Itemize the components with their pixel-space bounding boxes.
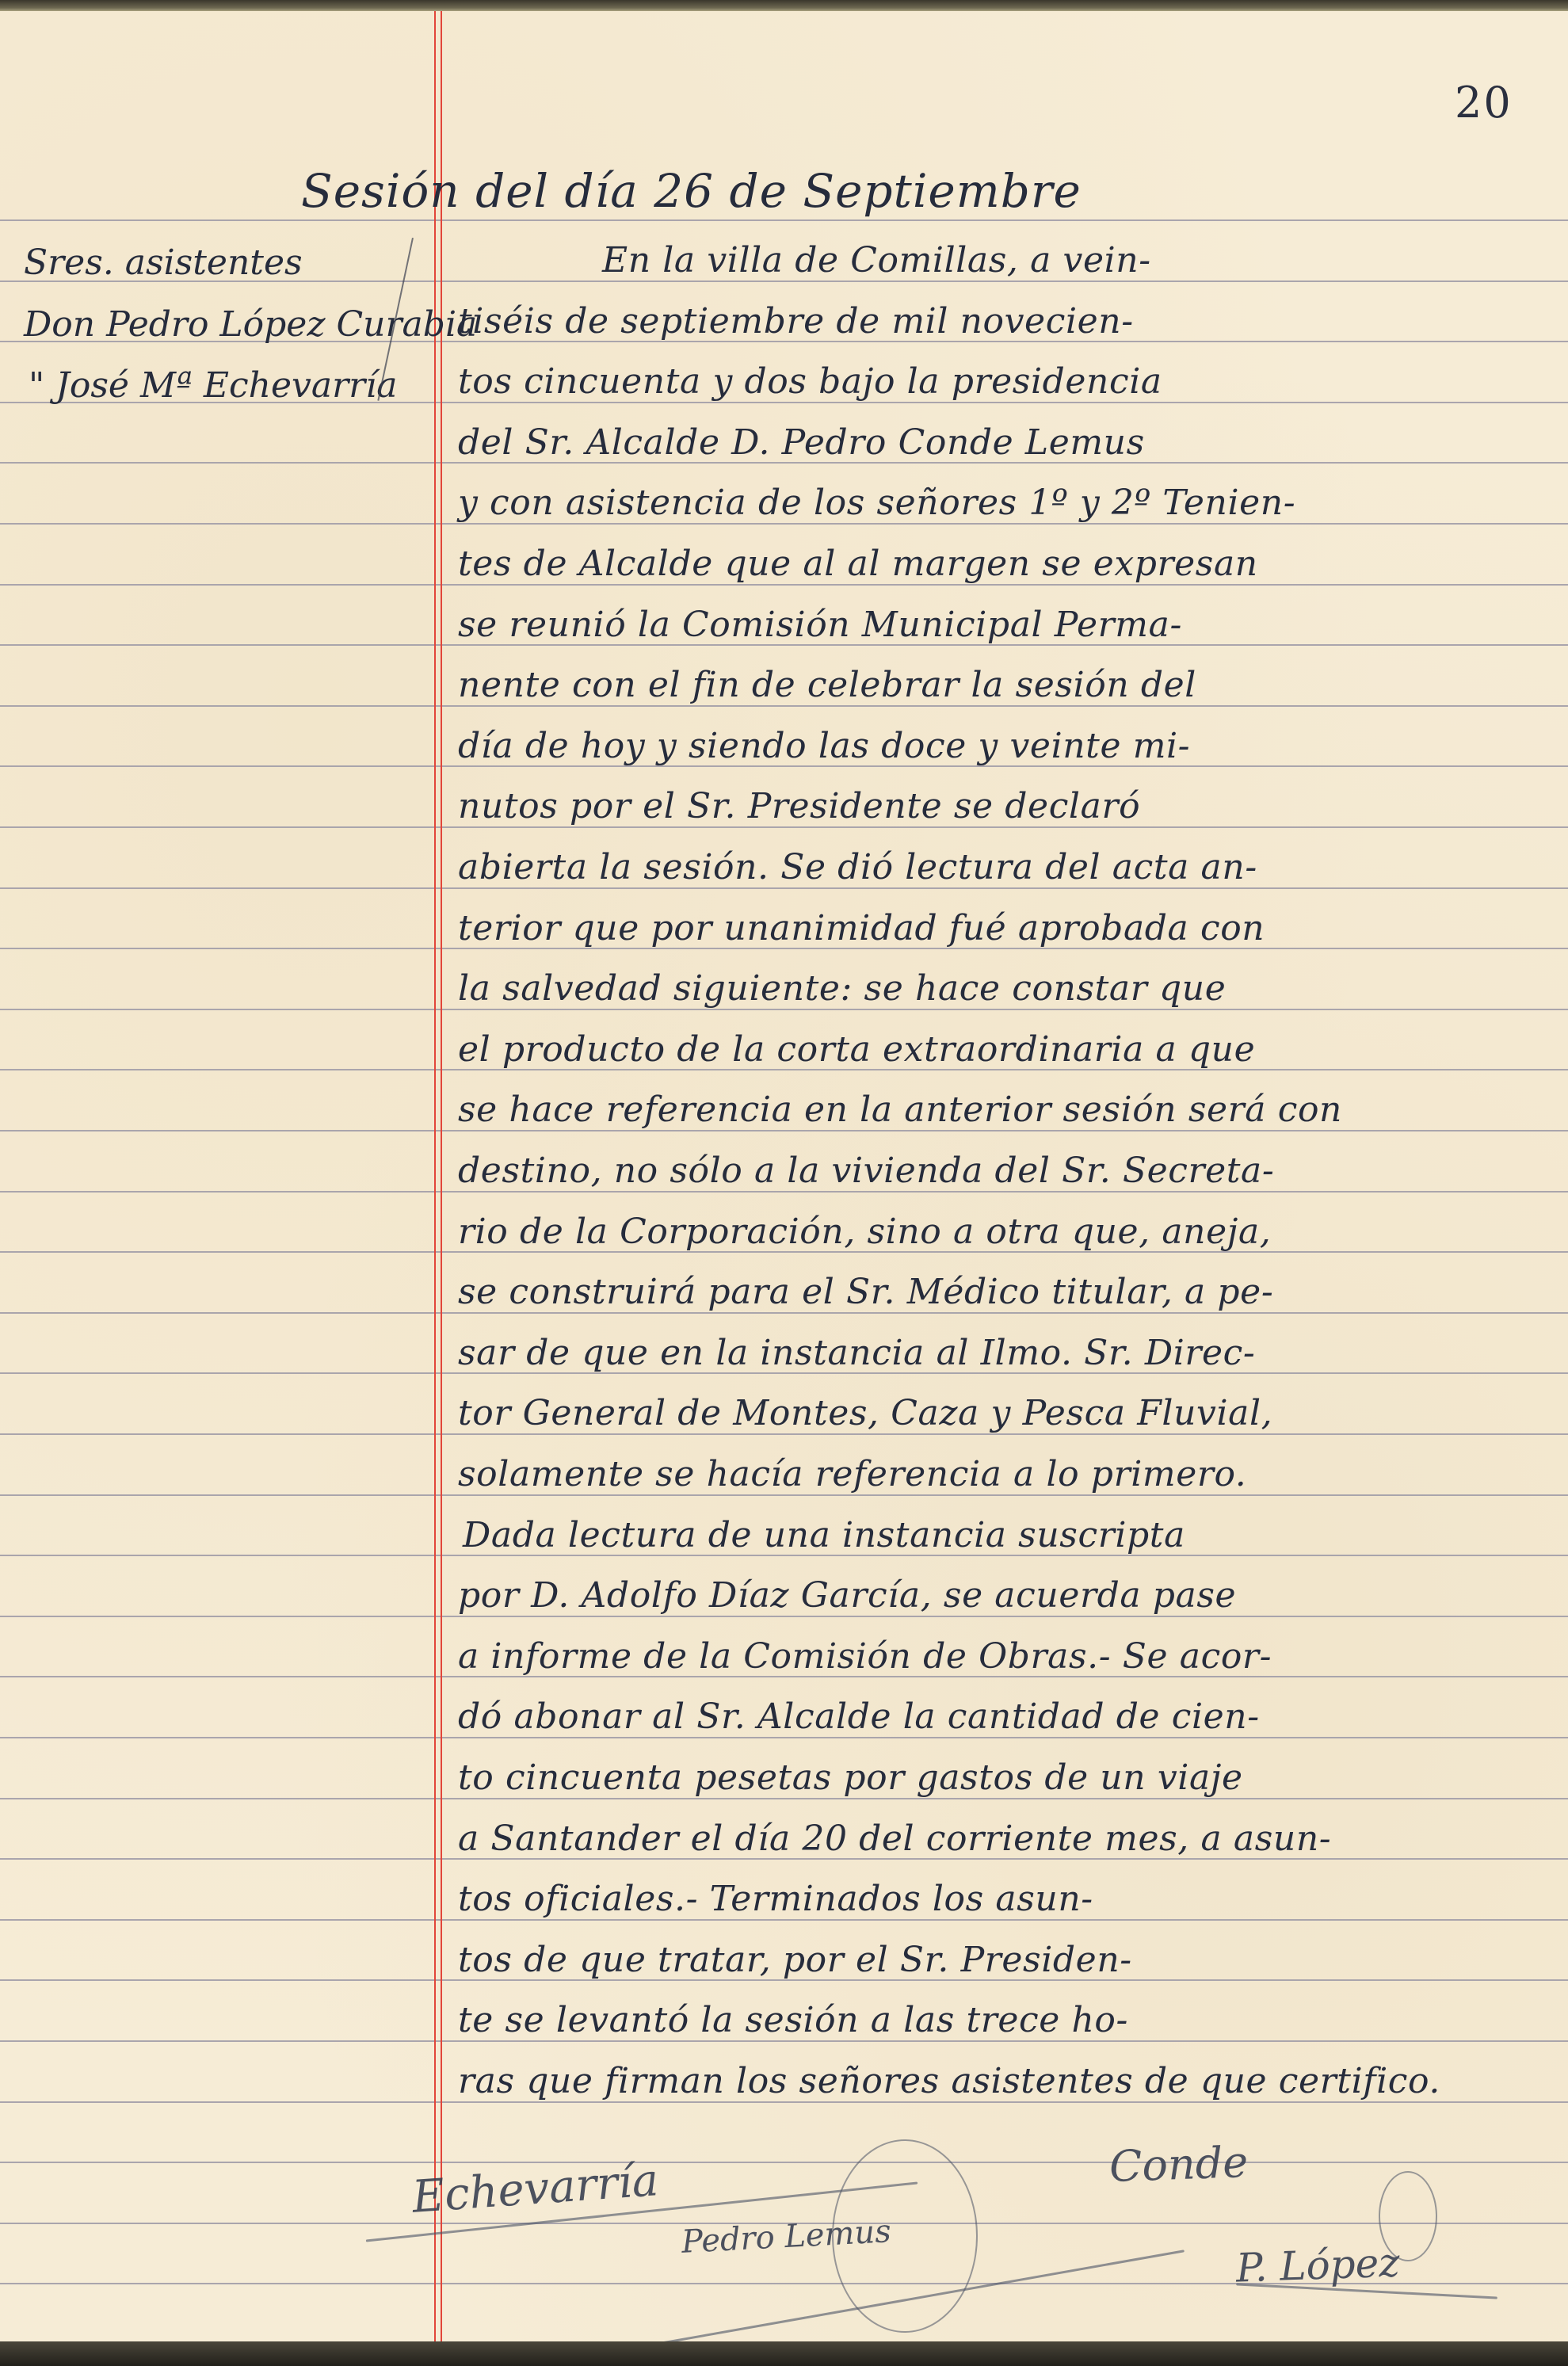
- ruled-line: [0, 2162, 1568, 2163]
- minutes-line: ras que firman los señores asistentes de…: [458, 2064, 1440, 2099]
- ledger-page: 20 Sesión del día 26 de Septiembre Sres.…: [0, 0, 1568, 2366]
- ruled-line: [0, 1009, 1568, 1010]
- minutes-line: tiséis de septiembre de mil novecien-: [458, 304, 1134, 339]
- minutes-line: a informe de la Comisión de Obras.- Se a…: [458, 1639, 1272, 1674]
- page-bottom-edge: [0, 2341, 1568, 2366]
- page-top-edge: [0, 0, 1568, 11]
- ruled-line: [0, 887, 1568, 889]
- minutes-line: tes de Alcalde que al al margen se expre…: [458, 547, 1258, 582]
- minutes-line: dó abonar al Sr. Alcalde la cantidad de …: [458, 1700, 1260, 1734]
- minutes-line: solamente se hacía referencia a lo prime…: [458, 1457, 1246, 1492]
- ruled-line: [0, 1919, 1568, 1921]
- minutes-line: abierta la sesión. Se dió lectura del ac…: [458, 850, 1257, 885]
- minutes-line: del Sr. Alcalde D. Pedro Conde Lemus: [458, 425, 1145, 460]
- minutes-line: y con asistencia de los señores 1º y 2º …: [458, 486, 1295, 521]
- minutes-line: día de hoy y siendo las doce y veinte mi…: [458, 729, 1190, 764]
- minutes-line: En la villa de Comillas, a vein-: [602, 243, 1151, 278]
- session-title: Sesión del día 26 de Septiembre: [301, 168, 1082, 214]
- signature-flourish: [832, 2139, 978, 2333]
- minutes-line: tos de que tratar, por el Sr. Presiden-: [458, 1943, 1132, 1978]
- ruled-line: [0, 1433, 1568, 1435]
- ruled-line: [0, 1130, 1568, 1131]
- minutes-line: nutos por el Sr. Presidente se declaró: [458, 789, 1140, 824]
- minutes-line: sar de que en la instancia al Ilmo. Sr. …: [458, 1336, 1255, 1371]
- ruled-line: [0, 523, 1568, 525]
- ruled-line: [0, 1616, 1568, 1617]
- ruled-line: [0, 2040, 1568, 2042]
- attendees-heading: Sres. asistentes: [24, 246, 303, 280]
- minutes-line: se hace referencia en la anterior sesión…: [458, 1093, 1342, 1128]
- minutes-line: se construirá para el Sr. Médico titular…: [458, 1275, 1273, 1310]
- minutes-line: te se levantó la sesión a las trece ho-: [458, 2003, 1128, 2038]
- signature-2: Conde: [1108, 2137, 1249, 2192]
- minutes-line: el producto de la corta extraordinaria a…: [458, 1032, 1255, 1067]
- page-number: 20: [1455, 78, 1513, 128]
- minutes-line: to cincuenta pesetas por gastos de un vi…: [458, 1761, 1243, 1795]
- ruled-line: [0, 1191, 1568, 1193]
- ruled-line: [0, 705, 1568, 707]
- minutes-line: tor General de Montes, Caza y Pesca Fluv…: [458, 1396, 1272, 1431]
- ruled-line: [0, 2101, 1568, 2103]
- margin-line-right: [441, 11, 442, 2341]
- minutes-line: nente con el fin de celebrar la sesión d…: [458, 668, 1196, 703]
- attendee-1: Don Pedro López Curabia: [24, 307, 477, 342]
- minutes-line: terior que por unanimidad fué aprobada c…: [458, 911, 1265, 946]
- signature-4: P. López: [1235, 2239, 1400, 2291]
- signature-flourish: [1379, 2171, 1437, 2261]
- minutes-line: se reunió la Comisión Municipal Perma-: [458, 608, 1182, 643]
- attendee-2: " José Mª Echevarría: [29, 368, 398, 403]
- ruled-line: [0, 584, 1568, 586]
- ruled-line: [0, 1737, 1568, 1738]
- minutes-line: por D. Adolfo Díaz García, se acuerda pa…: [458, 1578, 1236, 1613]
- margin-line-left: [434, 11, 436, 2341]
- ruled-line: [0, 1312, 1568, 1314]
- minutes-line: a Santander el día 20 del corriente mes,…: [458, 1822, 1331, 1857]
- minutes-line: tos cincuenta y dos bajo la presidencia: [458, 364, 1162, 399]
- minutes-line: tos oficiales.- Terminados los asun-: [458, 1882, 1093, 1917]
- minutes-line: la salvedad siguiente: se hace constar q…: [458, 971, 1226, 1006]
- ruled-line: [0, 1798, 1568, 1799]
- ruled-line: [0, 219, 1568, 221]
- minutes-line: Dada lectura de una instancia suscripta: [463, 1518, 1185, 1553]
- minutes-line: destino, no sólo a la vivienda del Sr. S…: [458, 1154, 1274, 1189]
- minutes-line: rio de la Corporación, sino a otra que, …: [458, 1215, 1271, 1250]
- ruled-line: [0, 1494, 1568, 1496]
- ruled-line: [0, 826, 1568, 828]
